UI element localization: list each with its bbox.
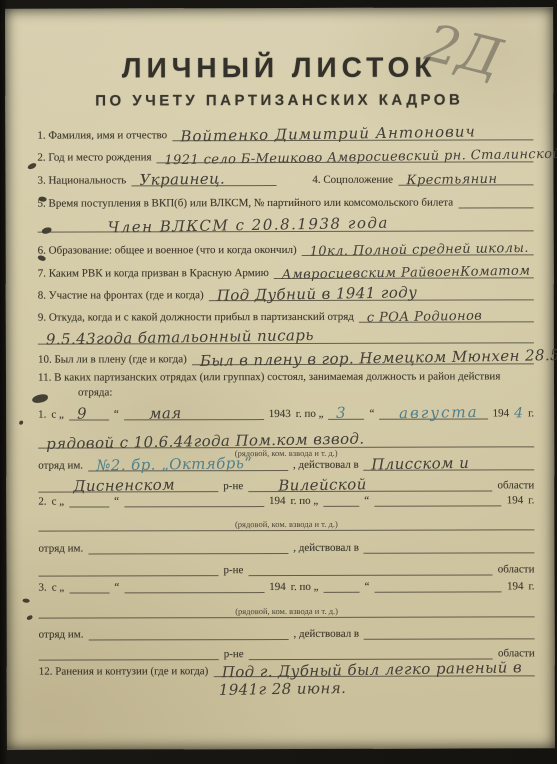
printed-year: 194 [507, 494, 524, 506]
printed-text: “ [114, 581, 119, 593]
printed-text: “ [114, 408, 119, 420]
handwritten-value: Амвросиевским РайвоенКоматом [282, 264, 531, 283]
handwritten-area: Плисском и [372, 454, 470, 474]
handwritten-day: 3 [336, 404, 346, 422]
binding-hole-mark [26, 615, 33, 621]
blank-line: Под Дубний в 1941 году [209, 286, 534, 301]
handwritten-value: 10кл. Полной средней школы. [310, 241, 529, 260]
blank-line [88, 626, 288, 641]
service-row-district: р-не области [38, 559, 534, 576]
blank-line: рядовой с 10.6.44года Пом.ком взвод. [38, 433, 534, 448]
field-birth: 2. Год и место рождения 1921 село Б-Мешк… [37, 146, 533, 163]
blank-line: Украинец. [131, 172, 276, 186]
printed-text: отряд им. [39, 629, 84, 641]
scanned-document: ЛИЧНЫЙ ЛИСТОК ПО УЧЕТУ ПАРТИЗАНСКИХ КАДР… [0, 0, 557, 764]
service-row-otryad: отряд им. №2. бр. „Октябрь“ , действовал… [38, 454, 534, 471]
field-label: 3. Национальность [37, 174, 126, 186]
blank-line: Плисском и [364, 456, 535, 470]
field-label: 5. Время поступления в ВКП(б) или ВЛКСМ,… [38, 197, 454, 210]
printed-text: г. по „ [290, 495, 318, 507]
blank-line: Под г. Дубный был легко раненый в [213, 662, 534, 677]
paper-sheet: ЛИЧНЫЙ ЛИСТОК ПО УЧЕТУ ПАРТИЗАНСКИХ КАДР… [5, 7, 555, 749]
blank-line: Амвросиевским РайвоенКоматом [274, 264, 534, 279]
field-nationality-social: 3. Национальность Украинец. 4. Соцположе… [37, 169, 533, 186]
binding-hole-mark [22, 598, 30, 603]
blank-line [69, 579, 109, 593]
printed-text: г. [528, 407, 534, 419]
handwritten-value: Под Дубний в 1941 году [217, 283, 418, 304]
printed-text: области [498, 563, 535, 575]
service-row-otryad: отряд им. , действовал в [38, 537, 534, 554]
blank-line: Член ВЛКСМ с 20.8.1938 года [38, 217, 534, 232]
printed-year: 194 [493, 407, 510, 419]
field-party-label: 5. Время поступления в ВКП(б) или ВЛКСМ,… [38, 192, 534, 209]
handwritten-value: Украинец. [139, 170, 225, 189]
blank-line [364, 539, 535, 553]
printed-text: р-не [224, 648, 244, 660]
blank-line: августа [379, 405, 487, 419]
service-row-dates: 3. с „ “ 194 г. по „ “ 194 г. [39, 576, 535, 593]
service-row-district: р-не области [39, 643, 535, 660]
blank-line: 3 [329, 406, 365, 420]
blank-line [364, 625, 535, 639]
row-number: 3. [39, 582, 47, 594]
field-label: 7. Каким РВК и когда призван в Красную А… [38, 267, 269, 280]
blank-line [39, 646, 219, 660]
printed-year: 1943 [269, 408, 291, 420]
blank-line [38, 562, 218, 576]
blank-line: Крестьянин [398, 171, 534, 185]
blank-line: с РОА Родионов [359, 308, 534, 322]
handwritten-value: 9.5.43года батальонный писарь [46, 326, 314, 348]
handwritten-value: 1941г 28 июня. [219, 679, 347, 699]
printed-year: 194 [507, 580, 524, 592]
printed-text: г. [528, 494, 534, 506]
blank-line: Был в плену в гор. Немецком Мюнхен 28.5.… [192, 350, 534, 365]
blank-line: Войтенко Димитрий Антонович [172, 126, 533, 141]
printed-hint: (рядовой, ком. взвода и т. д.) [39, 605, 535, 616]
blank-line [124, 579, 264, 593]
printed-text: , действовал в [293, 542, 359, 554]
blank-line [323, 493, 359, 507]
printed-text: г. [528, 580, 534, 592]
field-label: 8. Участие на фронтах (где и когда) [38, 289, 204, 301]
blank-line [323, 579, 359, 593]
printed-text: “ [364, 495, 369, 507]
blank-line: №2. бр. „Октябрь“ [88, 457, 288, 472]
printed-text: “ [364, 581, 369, 593]
handwritten-value: Был в плену в гор. Немецком Мюнхен 28.5.… [200, 345, 557, 370]
field-rvk: 7. Каким РВК и когда призван в Красную А… [38, 262, 534, 279]
printed-year: 194 [269, 495, 286, 507]
field-label: 10. Был ли в плену (где и когда) [38, 353, 187, 365]
handwritten-value: Крестьянин [406, 172, 497, 189]
blank-line [69, 493, 109, 507]
field-arrival: 9. Откуда, когда и с какой должности при… [38, 306, 534, 323]
blank-line: мая [124, 406, 264, 420]
field-fronts: 8. Участие на фронтах (где и когда) Под … [38, 284, 534, 301]
handwritten-month: мая [149, 404, 182, 423]
printed-year: 194 [269, 581, 286, 593]
handwritten-month: августа [399, 403, 479, 422]
blank-line: 10кл. Полной средней школы. [302, 241, 534, 256]
blank-line [248, 561, 492, 576]
blank-line [124, 493, 264, 507]
binding-hole-mark [19, 421, 23, 425]
row-number: 2. [38, 496, 46, 508]
printed-text: отряд им. [38, 543, 83, 555]
blank-line [374, 578, 502, 592]
printed-text: с „ [52, 496, 65, 508]
handwritten-day: 9 [77, 404, 87, 422]
blank-line: 9.5.43года батальонный писарь [38, 329, 534, 344]
blank-line [374, 492, 502, 506]
field-party-value: Член ВЛКСМ с 20.8.1938 года [38, 215, 534, 232]
handwritten-unit: №2. бр. „Октябрь“ [96, 454, 252, 475]
service-row-dates: 2. с „ “ 194 г. по „ “ 194 г. [38, 490, 534, 507]
field-wounds-line2: 1941г 28 июня. [39, 678, 535, 695]
field-surname: 1. Фамилия, имя и отчество Войтенко Дими… [37, 124, 533, 141]
blank-line [249, 645, 493, 660]
field-arrival-line2: 9.5.43года батальонный писарь [38, 327, 534, 344]
form-subtitle: ПО УЧЕТУ ПАРТИЗАНСКИХ КАДРОВ [5, 91, 553, 109]
service-row-dates: 1. с „ 9 “ мая 1943 г. по „ 3 “ августа … [38, 403, 534, 420]
field-label: 6. Образование: общее и военное (что и к… [38, 244, 297, 257]
field-education: 6. Образование: общее и военное (что и к… [38, 239, 534, 256]
field-label: 2. Год и место рождения [37, 151, 151, 163]
field-label: 1. Фамилия, имя и отчество [37, 129, 167, 141]
blank-line: 1941г 28 июня. [39, 681, 535, 695]
printed-text: с „ [51, 409, 64, 421]
printed-text: отряд им. [38, 460, 83, 472]
binding-hole-mark [27, 162, 37, 170]
handwritten-value: 1921 село Б-Мешково Амвросиевский рн. Ст… [164, 146, 557, 168]
printed-text: г. по „ [296, 408, 324, 420]
service-row-otryad: отряд им. , действовал в [39, 623, 535, 640]
blank-line [458, 194, 533, 208]
field-units-label: 11. В каких партизанских отрядах (или гр… [38, 369, 534, 400]
printed-text: “ [370, 408, 375, 420]
blank-line [88, 540, 288, 555]
service-row-position: рядовой с 10.6.44года Пом.ком взвод. [38, 431, 534, 448]
printed-text: , действовал в [293, 628, 359, 640]
printed-text: р-не [223, 564, 243, 576]
handwritten-value: с РОА Родионов [367, 309, 483, 326]
field-label: 9. Откуда, когда и с какой должности при… [38, 311, 354, 324]
printed-hint: (рядовой, ком. взвода и т. д.) [38, 518, 534, 529]
handwritten-value: Член ВЛКСМ с 20.8.1938 года [107, 214, 389, 237]
field-label: 12. Ранения и контузии (где и когда) [39, 665, 209, 677]
field-label: 4. Соцположение [312, 174, 393, 186]
blank-line: 9 [69, 406, 109, 420]
handwritten-year-digit: 4 [514, 405, 523, 421]
blank-line: 1921 село Б-Мешково Амвросиевский рн. Ст… [157, 148, 534, 163]
handwritten-value: Войтенко Димитрий Антонович [180, 122, 476, 145]
printed-text: с „ [52, 582, 65, 594]
field-captivity: 10. Был ли в плену (где и когда) Был в п… [38, 348, 534, 365]
field-wounds: 12. Ранения и контузии (где и когда) Под… [39, 660, 535, 677]
row-number: 1. [38, 409, 46, 421]
printed-text: “ [114, 495, 119, 507]
printed-text: г. по „ [291, 581, 319, 593]
printed-text: , действовал в [293, 459, 359, 471]
